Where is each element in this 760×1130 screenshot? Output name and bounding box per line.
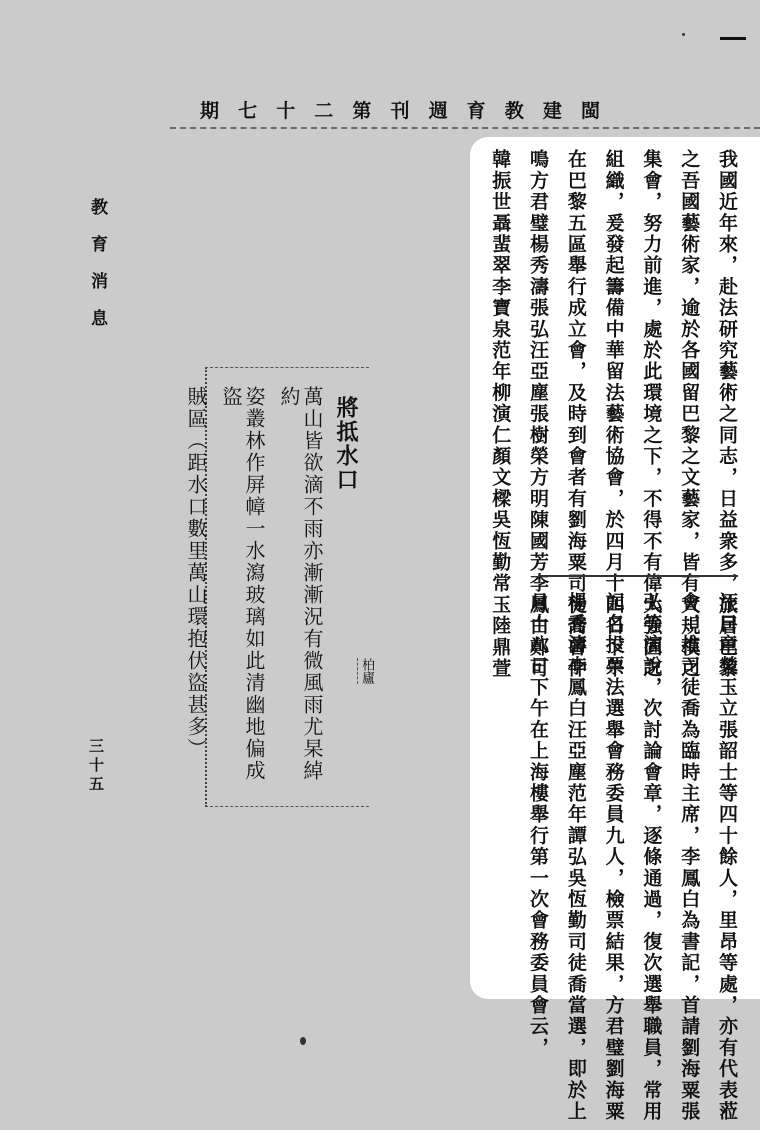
- page-number: 三十五: [88, 738, 103, 795]
- article-column: 會，推司徒喬為臨時主席，李鳳白為書記，首請劉海粟張: [677, 592, 700, 992]
- header-char: 期: [200, 96, 219, 123]
- poem-line: 萬山皆欲滴不雨亦漸漸況有微風雨尤杲綽約: [277, 386, 323, 796]
- header-char: 第: [352, 96, 371, 123]
- print-speck: [250, 764, 253, 767]
- header-char: 七: [238, 96, 257, 123]
- article-paragraph-bottom: 汪日章榮玉立張韶士等四十餘人，里昂等處，亦有代表蒞 會，推司徒喬為臨時主席，李鳳…: [526, 592, 738, 992]
- poem-title: 將抵水口: [335, 396, 357, 796]
- poem-line: 賊區（距水口數里萬山環抱伏盜甚多）: [184, 386, 207, 796]
- article-column: 集會，努力前進，處於此環境之下，不得不有偉大強固之: [640, 149, 663, 589]
- header-divider: [170, 127, 760, 129]
- article-column: 記名投票法選舉會務委員九人，檢票結果，方君璧劉海粟: [602, 592, 625, 992]
- running-header: 閩 建 教 育 週 刊 第 二 十 七 期: [200, 95, 600, 123]
- article-column: 弘等演說，次討論會章，逐條通過，復次選舉職員，常用: [640, 592, 663, 992]
- article-column: 在巴黎五區舉行成立會，及時到會者有劉海粟司徒喬曾仲: [564, 149, 587, 589]
- article-column: 汪日章榮玉立張韶士等四十餘人，里昂等處，亦有代表蒞: [715, 592, 738, 992]
- poem-body: 將抵水口 萬山皆欲滴不雨亦漸漸況有微風雨尤杲綽約 姿叢林作屏幛一水瀉玻璃如此清幽…: [184, 386, 361, 796]
- corner-rule-mark: [720, 37, 746, 40]
- article-panel: 我國近年來，赴法研究藝術之同志，日益衆多，旅居巴黎 之吾國藝術家，逾於各國留巴黎…: [470, 137, 760, 999]
- article-column: 我國近年來，赴法研究藝術之同志，日益衆多，旅居巴黎: [715, 149, 738, 589]
- article-divider: [538, 575, 738, 577]
- print-speck: [300, 1037, 306, 1045]
- article-column: 楊秀濤李鳳白汪亞塵范年譚弘吳恆勤司徒喬當選，即於上: [564, 592, 587, 992]
- article-column: 之吾國藝術家，逾於各國留巴黎之文藝家，皆有大規模之: [677, 149, 700, 589]
- article-column: 月十八日下午在上海樓舉行第一次會務委員會云，: [526, 592, 549, 992]
- header-char: 二: [314, 96, 333, 123]
- header-char: 教: [505, 96, 524, 123]
- header-char: 育: [467, 96, 486, 123]
- print-speck: [682, 33, 685, 36]
- header-char: 週: [429, 96, 448, 123]
- article-column: 韓振世聶蜚翠李寶泉范年柳演仁顏文樑吳恆勤常玉陸鼎萱: [488, 149, 511, 589]
- header-char: 閩: [581, 96, 600, 123]
- article-column: 組織，爰發起籌備中華留法藝術協會，於四月十四日下午: [602, 149, 625, 589]
- header-char: 刊: [390, 96, 409, 123]
- article-column: 鳴方君璧楊秀濤張弘汪亞塵張樹榮方明陳國芳李鳳白鄭可: [526, 149, 549, 589]
- header-char: 建: [543, 96, 562, 123]
- section-label: 教育消息: [88, 198, 105, 346]
- poem-line: 姿叢林作屏幛一水瀉玻璃如此清幽地偏成盜: [219, 386, 265, 796]
- header-char: 十: [276, 96, 295, 123]
- article-paragraph-top: 我國近年來，赴法研究藝術之同志，日益衆多，旅居巴黎 之吾國藝術家，逾於各國留巴黎…: [488, 149, 738, 589]
- poem-box: 柏廬 將抵水口 萬山皆欲滴不雨亦漸漸況有微風雨尤杲綽約 姿叢林作屏幛一水瀉玻璃如…: [205, 367, 369, 807]
